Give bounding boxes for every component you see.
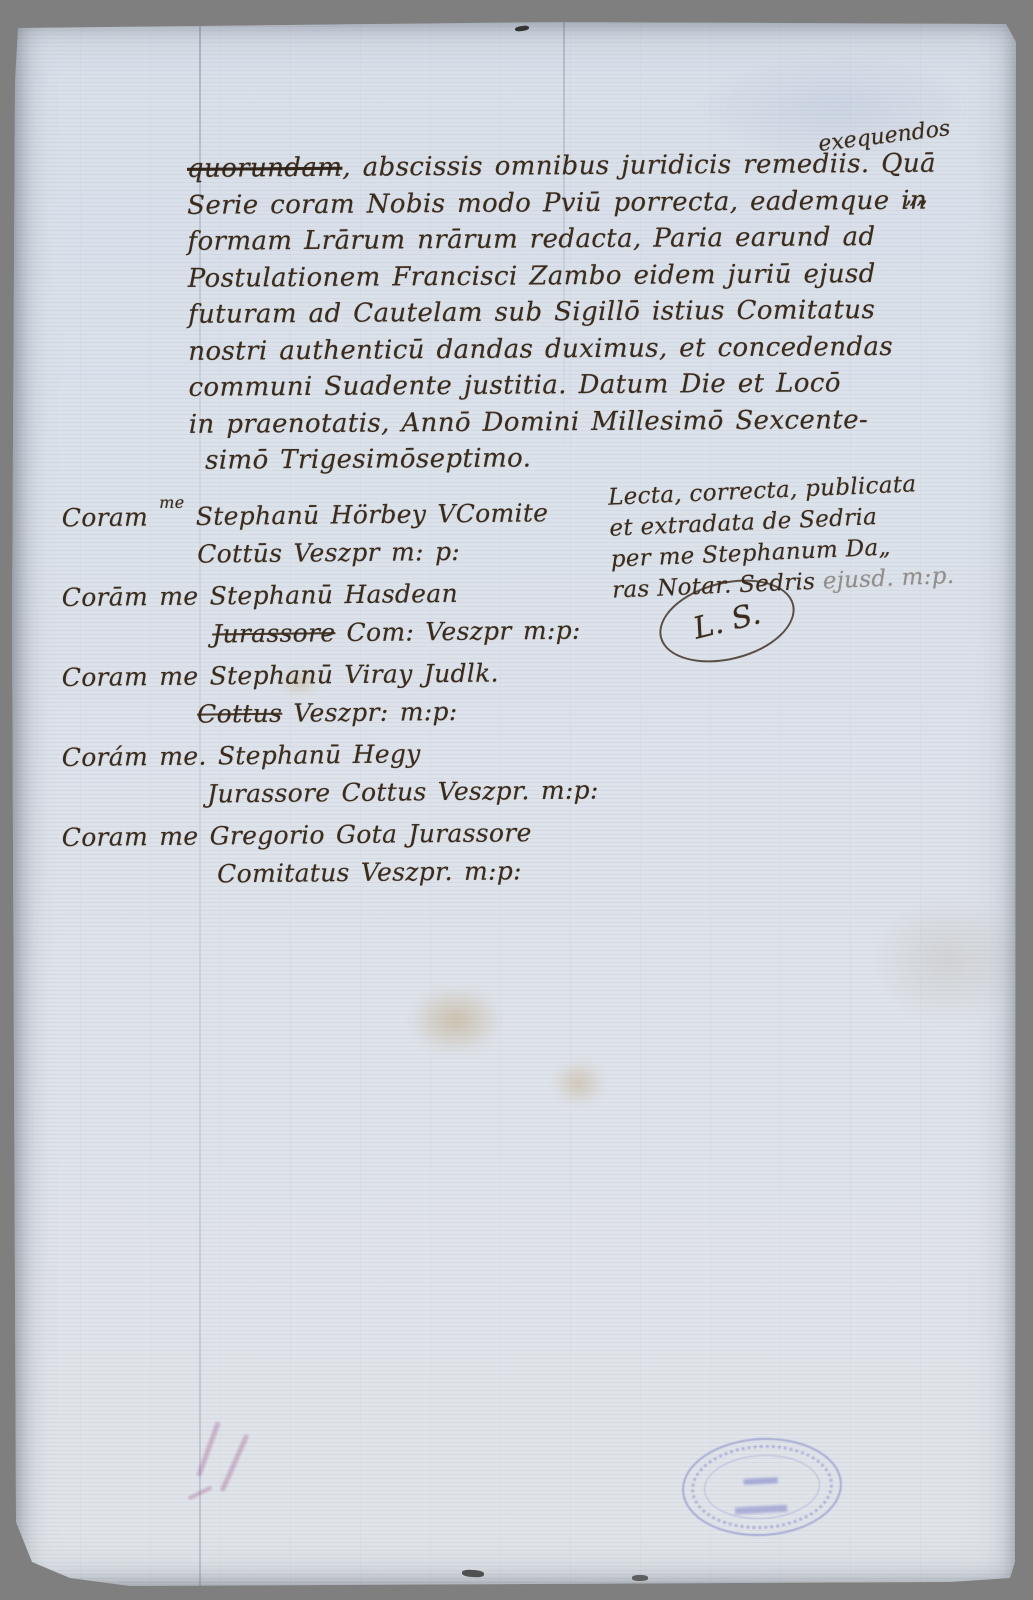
signature-vicecomes: Coram me Stephanū Hörbey VComite Cottūs … <box>62 487 643 575</box>
faint-ink-suffix: ejusd. m:p. <box>815 563 955 595</box>
seal-monogram: L. S. <box>690 596 764 646</box>
body-line: communi Suadente justitia. Datum Die et … <box>188 364 998 406</box>
edge-speck <box>462 1569 484 1578</box>
signature-line: Coram me Stephanū Viray Judlk. <box>62 653 642 697</box>
edge-speck <box>632 1575 648 1581</box>
signature-jurassor-3: Coram me Gregorio Gota Jurassore Comitat… <box>62 813 643 895</box>
pencil-mark-stroke <box>220 1434 250 1493</box>
body-line: formam Lrārum nrārum redacta, Paria earu… <box>187 218 997 260</box>
signature-block: Coram me Stephanū Hörbey VComite Cottūs … <box>62 490 642 896</box>
body-line: quorundam, abscissis omnibus juridicis r… <box>187 145 997 187</box>
body-paragraph: quorundam, abscissis omnibus juridicis r… <box>187 145 999 479</box>
signature-line: Jurassore Com: Veszpr m:p: <box>212 611 642 654</box>
paper-stain <box>408 985 503 1055</box>
signature-judex-nobilium: Coram me Stephanū Viray Judlk. Cottus Ve… <box>62 653 643 735</box>
struck-word: Cottus <box>197 699 282 729</box>
signature-line: Comitatus Veszpr. m:p: <box>217 851 642 893</box>
signature-line: Coram me Stephanū Hörbey VComite <box>62 487 642 537</box>
body-line: Serie coram Nobis modo Pviū porrecta, ea… <box>187 182 997 224</box>
photograph-background: { "page": { "background_color": "#7f7f7f… <box>0 0 1033 1600</box>
body-line: Postulationem Francisci Zambo eidem juri… <box>188 255 998 297</box>
notary-attestation: Lecta, correcta, publicata et extradata … <box>607 465 1012 606</box>
signature-line: Cottūs Veszpr m: p: <box>197 531 642 574</box>
body-line: nostri authenticū dandas duximus, et con… <box>188 328 998 370</box>
body-line: futuram ad Cautelam sub Sigillō istius C… <box>188 291 998 333</box>
signature-line: Corām me Stephanū Hasdean <box>62 573 642 617</box>
struck-word: Jurassore <box>212 619 335 649</box>
signature-jurassor-1: Corām me Stephanū Hasdean Jurassore Com:… <box>62 573 643 655</box>
superscript-me: me <box>159 493 184 512</box>
body-line: in praenotatis, Annō Domini Millesimō Se… <box>189 401 999 443</box>
struck-word: quorundam <box>187 153 343 184</box>
signature-line: Coram me Gregorio Gota Jurassore <box>62 813 642 857</box>
manuscript-page: exequendos „„ quorundam, abscissis omnib… <box>10 22 1016 1588</box>
edge-speck <box>515 25 530 32</box>
signature-line: Cottus Veszpr: m:p: <box>197 691 642 734</box>
signature-jurassor-2: Corám me. Stephanū Hegy Jurassore Cottus… <box>62 733 643 815</box>
signature-line: Corám me. Stephanū Hegy <box>62 733 642 777</box>
water-stain <box>872 894 1022 1024</box>
archive-oval-stamp <box>680 1434 845 1540</box>
signature-line: Jurassore Cottus Veszpr. m:p: <box>207 771 642 814</box>
paper-stain <box>553 1060 605 1106</box>
